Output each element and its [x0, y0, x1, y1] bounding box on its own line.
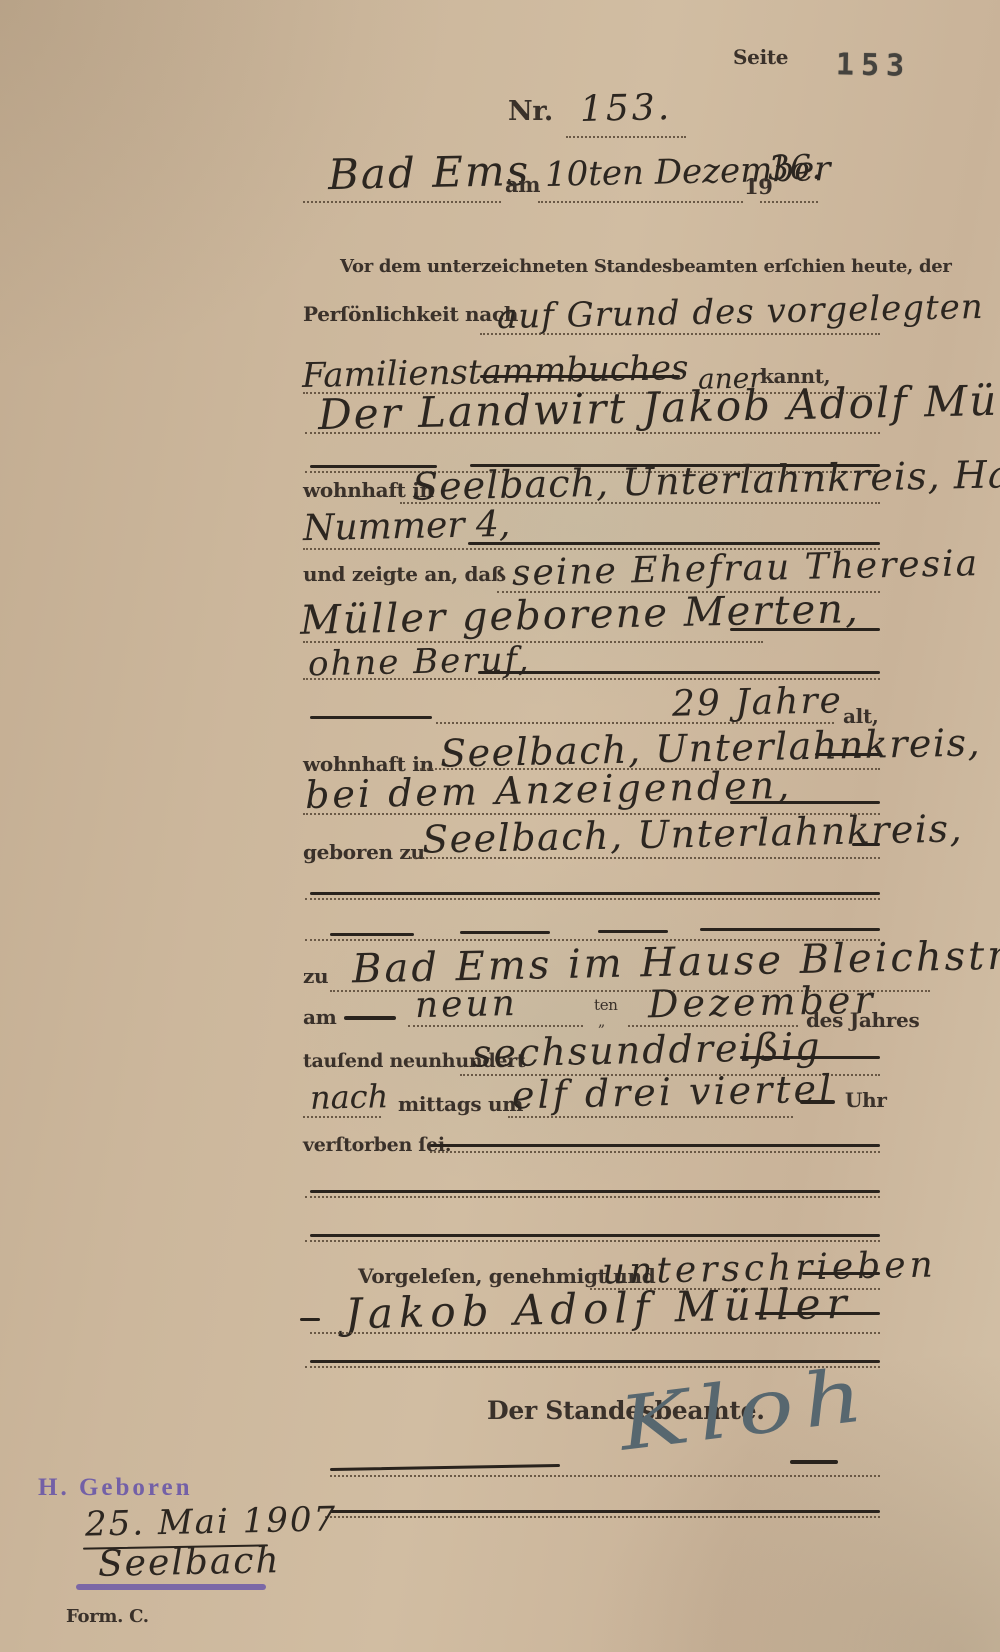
strike-line	[790, 1460, 838, 1464]
form-rule	[508, 1116, 793, 1118]
death-day-entry: neun	[415, 983, 519, 1026]
form-rule	[410, 857, 880, 859]
place-entry: Bad Ems	[328, 146, 531, 199]
form-rule	[305, 432, 880, 434]
form-rule	[430, 1151, 880, 1153]
strike-line	[460, 931, 550, 934]
stamp-underline-purple	[76, 1584, 266, 1590]
stamp-h-geboren: H. Geboren	[38, 1474, 193, 1502]
strike-line	[755, 1312, 880, 1315]
strike-line	[800, 1100, 835, 1104]
residence-entry-1: Seelbach, Unterlahnkreis, Haus	[412, 451, 1000, 509]
strike-line	[330, 933, 414, 936]
strike-line	[480, 375, 680, 378]
strike-line	[730, 628, 880, 631]
des-jahres-label: des Jahres	[806, 1008, 919, 1032]
strike-line	[430, 1144, 880, 1147]
form-rule	[305, 1240, 880, 1242]
zu-label: zu	[303, 964, 328, 988]
strike-line	[730, 801, 880, 804]
form-rule	[305, 1196, 880, 1198]
intro-text: Vor dem unterzeichneten Standesbeamten e…	[340, 256, 952, 277]
geboren-zu-label: geboren zu	[303, 840, 425, 864]
verstorben-label: verſtorben ſei.	[303, 1134, 451, 1156]
strike-line	[300, 1318, 320, 1321]
death-register-page: Seite 153 Nr. 153. Bad Ems am 10ten Deze…	[0, 0, 1000, 1652]
bei-anzeigenden-entry: bei dem Anzeigenden,	[305, 763, 793, 817]
strike-line	[852, 843, 880, 846]
mittags-label: mittags um	[398, 1092, 523, 1116]
am-label-2: am	[303, 1005, 337, 1029]
form-rule	[566, 136, 686, 138]
strike-line	[310, 1234, 880, 1237]
page-number-stamp: 153	[836, 47, 912, 84]
strike-line	[330, 1464, 560, 1471]
strike-line	[815, 753, 880, 756]
uhr-label: Uhr	[845, 1088, 887, 1112]
zeigte-label: und zeigte an, daß	[303, 562, 506, 586]
form-rule	[538, 201, 743, 203]
strike-line	[478, 671, 880, 674]
spouse-entry: seine Ehefrau Theresia	[512, 543, 980, 594]
strike-line	[700, 928, 880, 931]
form-rule	[305, 898, 880, 900]
age-entry: 29 Jahre	[672, 680, 844, 725]
nr-label: Nr.	[508, 96, 553, 127]
strike-line	[310, 716, 432, 719]
form-rule	[303, 201, 501, 203]
strike-line	[802, 1272, 880, 1275]
deceased-name-entry: Müller geborene Merten,	[300, 586, 861, 644]
stamp-birth-place: Seelbach	[98, 1540, 281, 1585]
form-rule	[330, 1475, 880, 1477]
persoenlichkeit-entry: auf Grund des vorgelegten	[497, 287, 984, 337]
strike-line	[468, 542, 880, 545]
ten-label: ten	[594, 996, 618, 1014]
strike-line	[310, 1190, 880, 1193]
strike-line	[598, 930, 668, 933]
form-rule	[760, 201, 818, 203]
form-rule	[480, 333, 880, 335]
official-signature: Kloh	[615, 1351, 878, 1467]
nach-entry: nach	[310, 1077, 389, 1117]
am-label: am	[505, 172, 540, 197]
strike-line	[330, 1510, 880, 1513]
stamp-birth-date: 25. Mai 1907	[85, 1499, 338, 1544]
year-entry: 36.	[768, 147, 823, 188]
nr-value: 153.	[580, 87, 673, 130]
form-label: Form. C.	[66, 1606, 149, 1627]
ten-insert-mark: „	[598, 1014, 605, 1030]
strike-line	[740, 1056, 880, 1059]
seite-label: Seite	[733, 45, 788, 69]
form-rule	[325, 1516, 880, 1518]
form-rule	[310, 1332, 880, 1334]
form-rule	[408, 1025, 583, 1027]
death-time-entry: elf drei viertel	[512, 1067, 835, 1118]
persoenlichkeit-label: Perſönlichkeit nach	[303, 302, 518, 326]
strike-line	[310, 892, 880, 895]
strike-line	[344, 1016, 396, 1020]
declarant-signature: Jakob Adolf Müller	[345, 1279, 853, 1339]
form-rule	[303, 678, 880, 680]
form-rule	[303, 1116, 381, 1118]
